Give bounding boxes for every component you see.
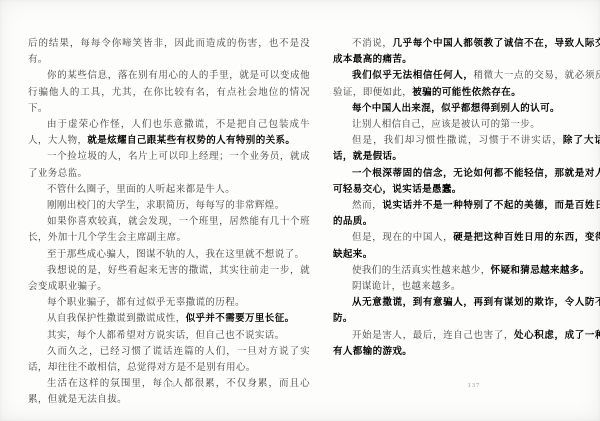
page-right-text: 不消说，几乎每个中国人都领教了诚信不在，导致人际交易成本最高的痛苦。我们似乎无法… <box>333 36 600 360</box>
paragraph: 一个根深蒂固的信念，无论如何都不能轻信，那就是对人不可轻易交心，说实话是愚蠢。 <box>333 166 600 198</box>
paragraph: 至于那些成心骗人，图谋不轨的人，我在这里就不想说了。 <box>28 247 310 263</box>
paragraph: 不管什么圈子，里面的人听起来都是牛人。 <box>28 182 310 198</box>
paragraph: 但是，我们却习惯性撒谎，习惯于不讲实话，除了大话空话，就是假话。 <box>333 133 600 165</box>
paragraph: 开始是害人，最后，连自己也害了，处心积虑，成了一种所有人都输的游戏。 <box>333 328 600 360</box>
paragraph: 每个职业骗子，都有过似乎无辜撒谎的历程。 <box>28 295 310 311</box>
text-run: 然而， <box>352 201 382 211</box>
text-run: 让别人相信自己，应该是被认可的第一步。 <box>352 120 540 130</box>
paragraph: 我想说的是，好些看起来无害的撒谎，其实往前走一步，就会变成职业骗子。 <box>28 263 310 295</box>
text-run: 从自我保护性撒谎到撒谎成性， <box>47 314 186 324</box>
paragraph: 从无意撒谎，到有意骗人，再到有谋划的欺诈，令人防不胜防。 <box>333 295 600 327</box>
bold-text-run: 一个根深蒂固的信念，无论如何都不能轻信，那就是对人不可轻易交心，说实话是愚蠢。 <box>333 169 600 195</box>
paragraph: 后的结果，每每令你啼笑皆非，因此而造成的伤害，也不是没有。 <box>28 36 310 68</box>
paragraph: 刚刚出校门的大学生，求职简历，每每写的非常辉煌。 <box>28 198 310 214</box>
text-run: 每个职业骗子，都有过似乎无辜撒谎的历程。 <box>47 298 245 308</box>
text-run: 不消说， <box>352 39 393 49</box>
paragraph: 使我们的生活真实性越来越少，怀疑和猜忌越来越多。 <box>333 263 600 279</box>
text-run: 阴谋诡计，也越来越多。 <box>352 282 461 292</box>
text-run: 不管什么圈子，里面的人听起来都是牛人。 <box>47 185 235 195</box>
text-run: 但是，我们却习惯性撒谎，习惯于不讲实话， <box>352 136 563 146</box>
text-run: 久而久之，已经习惯了谎话连篇的人们，一旦对方说了实话，却往往不敢相信，总觉得对方… <box>28 347 310 373</box>
text-run: 你的某些信息，落在别有用心的人的手里，就是可以变成他行骗他人的工具，尤其，在你比… <box>28 71 310 113</box>
paragraph: 我们似乎无法相信任何人，稍微大一点的交易，就必须反复验证，即便如此，被骗的可能性… <box>333 68 600 100</box>
paragraph: 每个中国人出来混，似乎都想得到别人的认可。 <box>333 101 600 117</box>
paragraph: 不消说，几乎每个中国人都领教了诚信不在，导致人际交易成本最高的痛苦。 <box>333 36 600 68</box>
page-left: 后的结果，每每令你啼笑皆非，因此而造成的伤害，也不是没有。你的某些信息，落在别有… <box>28 36 310 386</box>
paragraph: 让别人相信自己，应该是被认可的第一步。 <box>333 117 600 133</box>
paragraph: 其实，每个人都希望对方说实话，但自己也不说实话。 <box>28 328 310 344</box>
paragraph: 你的某些信息，落在别有用心的人的手里，就是可以变成他行骗他人的工具，尤其，在你比… <box>28 68 310 117</box>
paragraph: 一个捡垃圾的人，名片上可以印上经理；一个业务员，就成了业务总监。 <box>28 149 310 181</box>
bold-text-run: 就是炫耀自己跟某些有权势的人有特别的关系。 <box>87 136 295 146</box>
bold-text-run: 每个中国人出来混，似乎都想得到别人的认可。 <box>352 104 560 114</box>
bold-text-run: 从无意撒谎，到有意骗人，再到有谋划的欺诈，令人防不胜防。 <box>333 298 600 324</box>
page-right-number: 137 <box>333 382 600 389</box>
text-run: 其实，每个人都希望对方说实话，但自己也不说实话。 <box>47 331 285 341</box>
text-run: 至于那些成心骗人，图谋不轨的人，我在这里就不想说了。 <box>47 250 304 260</box>
text-run: 但是，现在的中国人， <box>352 233 453 243</box>
paragraph: 阴谋诡计，也越来越多。 <box>333 279 600 295</box>
text-run: 开始是害人，最后，连自己也害了， <box>352 331 514 341</box>
text-run: 刚刚出校门的大学生，求职简历，每每写的非常辉煌。 <box>47 201 285 211</box>
page-left-number: 136 <box>28 382 310 389</box>
bold-text-run: 怀疑和猜忌越来越多。 <box>491 266 590 276</box>
page-left-text: 后的结果，每每令你啼笑皆非，因此而造成的伤害，也不是没有。你的某些信息，落在别有… <box>28 36 310 409</box>
book-spread-scan: 后的结果，每每令你啼笑皆非，因此而造成的伤害，也不是没有。你的某些信息，落在别有… <box>0 0 600 421</box>
bold-text-run: 似乎并不需要万里长征。 <box>186 314 295 324</box>
text-run: 我想说的是，好些看起来无害的撒谎，其实往前走一步，就会变成职业骗子。 <box>28 266 310 292</box>
bold-text-run: 被骗的可能性依然存在。 <box>412 88 521 98</box>
bold-text-run: 我们似乎无法相信任何人， <box>352 71 473 81</box>
paragraph: 由于虚荣心作怪，人们也乐意撒谎，不是把自己包装成牛人，大人物，就是炫耀自己跟某些… <box>28 117 310 149</box>
paragraph: 然而，说实话并不是一种特别了不起的美德，而是百姓日用的品质。 <box>333 198 600 230</box>
text-run: 使我们的生活真实性越来越少， <box>352 266 491 276</box>
text-run: 后的结果，每每令你啼笑皆非，因此而造成的伤害，也不是没有。 <box>28 39 310 65</box>
paragraph: 如果你喜欢较真，就会发现，一个班里，居然能有几十个班长，外加十几个学生会主席副主… <box>28 214 310 246</box>
text-run: 如果你喜欢较真，就会发现，一个班里，居然能有几十个班长，外加十几个学生会主席副主… <box>28 217 310 243</box>
page-right: 不消说，几乎每个中国人都领教了诚信不在，导致人际交易成本最高的痛苦。我们似乎无法… <box>333 36 600 386</box>
paragraph: 从自我保护性撒谎到撒谎成性，似乎并不需要万里长征。 <box>28 311 310 327</box>
paragraph: 但是，现在的中国人，硬是把这种百姓日用的东西，变得稀缺起来。 <box>333 230 600 262</box>
text-run: 一个捡垃圾的人，名片上可以印上经理；一个业务员，就成了业务总监。 <box>28 152 310 178</box>
paragraph: 久而久之，已经习惯了谎话连篇的人们，一旦对方说了实话，却往往不敢相信，总觉得对方… <box>28 344 310 376</box>
